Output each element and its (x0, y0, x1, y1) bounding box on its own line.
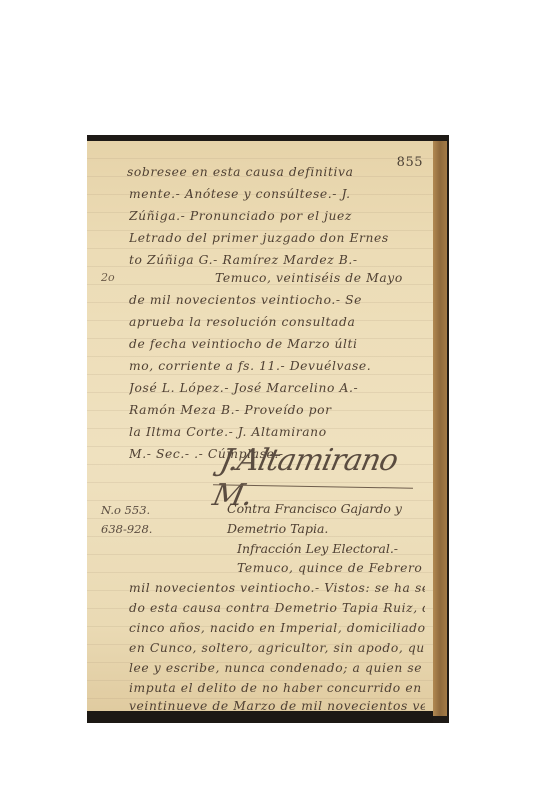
handwritten-line: Temuco, veintiséis de Mayo (215, 271, 425, 291)
handwritten-line: lee y escribe, nunca condenado; a quien … (129, 661, 425, 681)
handwritten-line: cinco años, nacido en Imperial, domicili… (129, 621, 425, 641)
handwritten-line: Ramón Meza B.- Proveído por (129, 403, 425, 423)
handwritten-line: sobresee en esta causa definitiva (127, 165, 425, 185)
handwritten-line: Zúñiga.- Pronunciado por el juez (129, 209, 425, 229)
handwritten-line: la Iltma Corte.- J. Altamirano (129, 425, 425, 445)
handwritten-line: mo, corriente a fs. 11.- Devuélvase. (129, 359, 425, 379)
handwritten-line: imputa el delito de no haber concurrido … (129, 681, 425, 701)
handwritten-line: mil novecientos veintiocho.- Vistos: se … (129, 581, 425, 601)
case-reference: 638-928. (101, 522, 152, 536)
bottom-shadow (87, 711, 433, 723)
handwritten-line: de mil novecientos veintiocho.- Se (129, 293, 425, 313)
handwritten-line: do esta causa contra Demetrio Tapia Ruiz… (129, 601, 425, 621)
handwritten-line: mente.- Anótese y consúltese.- J. (129, 187, 425, 207)
case-title-line: Infracción Ley Electoral.- (237, 541, 398, 556)
book-binding-edge (433, 141, 447, 716)
handwritten-line: veintinueve de Marzo de mil novecientos … (129, 699, 425, 711)
case-title-line: Contra Francisco Gajardo y (227, 501, 402, 516)
margin-note: 2o (101, 271, 115, 284)
case-number: N.o 553. (101, 503, 150, 517)
handwritten-line: Temuco, quince de Febrero de (237, 561, 425, 581)
handwritten-line: Letrado del primer juzgado don Ernes (129, 231, 425, 251)
handwritten-line: de fecha veintiocho de Marzo últi (129, 337, 425, 357)
handwritten-line: to Zúñiga G.- Ramírez Mardez B.- (129, 253, 425, 273)
handwritten-line: aprueba la resolución consultada (129, 315, 425, 335)
case-title-line: Demetrio Tapia. (227, 521, 328, 536)
handwritten-line: José L. López.- José Marcelino A.- (129, 381, 425, 401)
handwritten-line: en Cunco, soltero, agricultor, sin apodo… (129, 641, 425, 661)
ledger-page: 855 sobresee en esta causa definitiva me… (87, 141, 433, 711)
